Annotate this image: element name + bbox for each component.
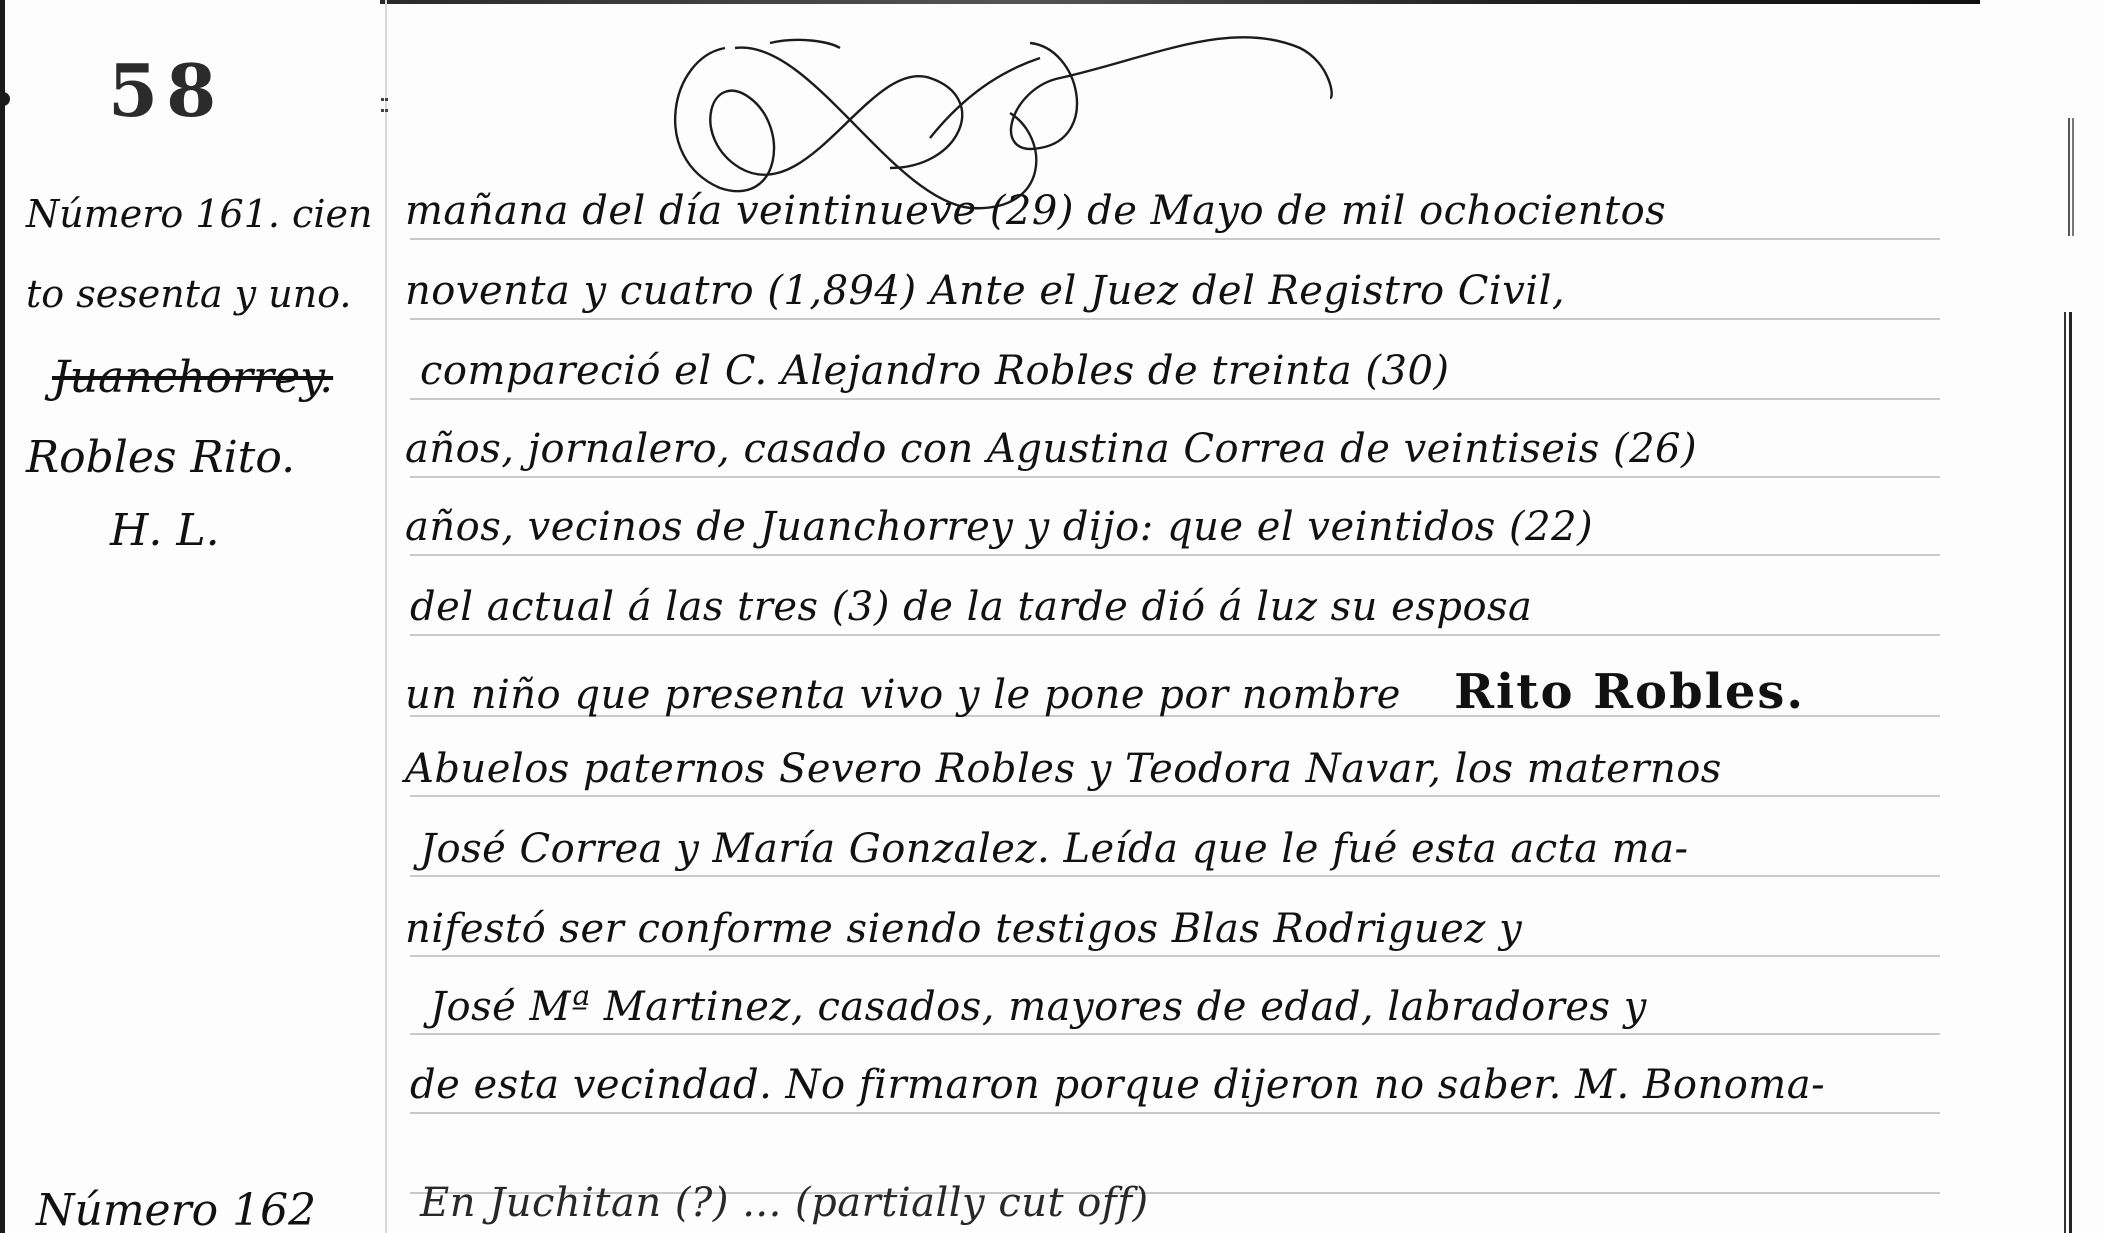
page-number: 58 [108,48,224,133]
body-line-1: mañana del día veintinueve (29) de Mayo … [405,188,1666,234]
right-border-rule-upper [2068,118,2074,236]
ruling-line [410,398,1940,400]
ruling-line [410,955,1940,957]
ruling-line [410,1112,1940,1114]
ruling-line [410,238,1940,240]
body-line-8: Abuelos paternos Severo Robles y Teodora… [405,746,1722,792]
body-line-2: noventa y cuatro (1,894) Ante el Juez de… [405,268,1565,314]
margin-registrant: Robles Rito. [26,432,295,483]
page-left-edge [0,0,5,1233]
margin-entry-number-line2: to sesenta y uno. [26,272,351,316]
margin-next-entry: Número 162 [36,1185,316,1233]
body-line-12: de esta vecindad. No firmaron porque dij… [410,1062,1825,1108]
margin-dots [381,98,385,112]
margin-entry-number-line1: Número 161. cien [26,192,372,236]
ruling-line [410,554,1940,556]
ruling-line [410,1033,1940,1035]
page-top-edge [380,0,1980,4]
body-line-7: un niño que presenta vivo y le pone por … [405,664,1805,720]
ruling-line [410,795,1940,797]
body-line-5: años, vecinos de Juanchorrey y dijo: que… [405,504,1593,550]
ruling-line [410,476,1940,478]
ledger-page: 58 Número 161. cien to sesenta y uno. Ju… [0,0,2103,1233]
right-border-rule-lower [2064,312,2072,1233]
binding-notch [0,92,10,106]
child-name: Rito Robles. [1454,664,1805,720]
body-line-9: José Correa y María Gonzalez. Leída que … [420,826,1689,872]
ruling-line [410,318,1940,320]
body-line-13-partial: En Juchitan (?) ... (partially cut off) [420,1180,1149,1226]
body-line-10: nifestó ser conforme siendo testigos Bla… [405,906,1522,952]
ruling-line [410,875,1940,877]
margin-divider [385,0,387,1233]
body-line-4: años, jornalero, casado con Agustina Cor… [405,426,1697,472]
margin-place: Juanchorrey. [52,352,333,403]
body-line-3: compareció el C. Alejandro Robles de tre… [420,348,1450,394]
body-line-6: del actual á las tres (3) de la tarde di… [410,584,1532,630]
body-line-7-text: un niño que presenta vivo y le pone por … [405,672,1401,718]
margin-initials: H. L. [110,505,220,556]
body-line-11: José Mª Martinez, casados, mayores de ed… [430,984,1647,1030]
ruling-line [410,634,1940,636]
